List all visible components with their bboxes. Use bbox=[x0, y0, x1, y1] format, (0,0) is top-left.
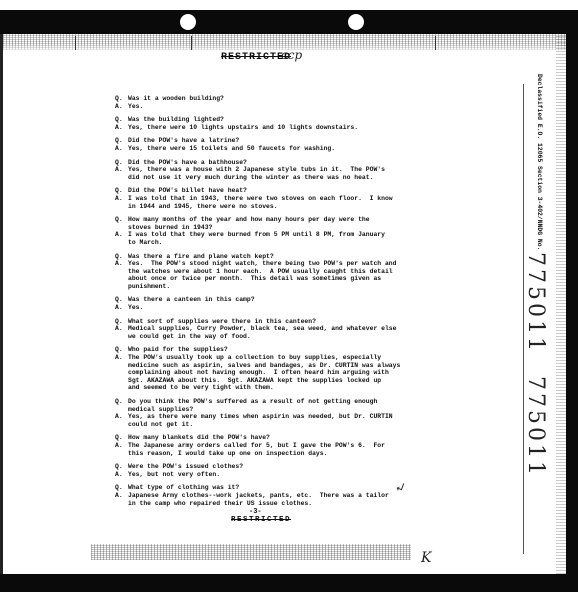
answer-marker bbox=[115, 369, 128, 377]
qa-entry: Q.Was the building lighted?A.Yes, there … bbox=[115, 116, 415, 131]
question-text: Did the POW's have a bathhouse? bbox=[128, 159, 415, 167]
answer-text: Yes, but not very often. bbox=[128, 471, 415, 479]
question-marker: Q. bbox=[115, 216, 128, 224]
answer-marker: A. bbox=[115, 124, 128, 132]
answer-line: in 1944 and 1945, there were no stoves. bbox=[115, 203, 415, 211]
question-marker: Q. bbox=[115, 398, 128, 406]
question-line: Q.Do you think the POW's suffered as a r… bbox=[115, 398, 415, 406]
answer-line: about once or twice per month. This deta… bbox=[115, 275, 415, 283]
question-text: How many blankets did the POW's have? bbox=[128, 434, 415, 442]
qa-entry: Q.Was it a wooden building?A.Yes. bbox=[115, 95, 415, 110]
answer-text: Medical supplies, Curry Powder, black te… bbox=[128, 325, 415, 333]
answer-line: in the camp who repaired their US issue … bbox=[115, 500, 415, 508]
answer-marker: A. bbox=[115, 325, 128, 333]
answer-text: The POW's usually took up a collection t… bbox=[128, 354, 415, 362]
answer-marker bbox=[115, 268, 128, 276]
question-marker: Q. bbox=[115, 296, 128, 304]
question-line: Q.Who paid for the supplies? bbox=[115, 346, 415, 354]
answer-text: could not get it. bbox=[128, 421, 415, 429]
qa-entry: Q.Did the POW's have a bathhouse?A.Yes, … bbox=[115, 159, 415, 182]
question-text: Did the POW's billet have heat? bbox=[128, 187, 415, 195]
scan-noise-bottom bbox=[91, 544, 411, 560]
qa-entry: Q.What sort of supplies were there in th… bbox=[115, 318, 415, 341]
answer-text: and seemed to be very tight with them. bbox=[128, 384, 415, 392]
answer-line: A.Yes, there were 10 lights upstairs and… bbox=[115, 124, 415, 132]
answer-line: A.Yes, but not very often. bbox=[115, 471, 415, 479]
answer-marker: A. bbox=[115, 492, 128, 500]
answer-text: in 1944 and 1945, there were no stoves. bbox=[128, 203, 415, 211]
question-line: Q.What type of clothing was it? bbox=[115, 484, 415, 492]
answer-marker bbox=[115, 275, 128, 283]
answer-text: medicine such as aspirin, salves and ban… bbox=[128, 362, 415, 370]
answer-line: to March. bbox=[115, 239, 415, 247]
answer-line: complaining about not having enough. I o… bbox=[115, 369, 415, 377]
answer-text: the watches were about 1 hour each. A PO… bbox=[128, 268, 415, 276]
answer-line: A.Yes, as there were many times when asp… bbox=[115, 413, 415, 421]
answer-text: we could get in the way of food. bbox=[128, 333, 415, 341]
question-text: medical supplies? bbox=[128, 406, 415, 414]
answer-line: did not use it very much during the wint… bbox=[115, 174, 415, 182]
answer-line: A.Yes. bbox=[115, 304, 415, 312]
question-line: Q.Was the building lighted? bbox=[115, 116, 415, 124]
answer-line: A.Yes, there was a house with 2 Japanese… bbox=[115, 166, 415, 174]
fold-line bbox=[435, 36, 436, 50]
answer-text: Yes, there was a house with 2 Japanese s… bbox=[128, 166, 415, 174]
answer-marker: A. bbox=[115, 103, 128, 111]
answer-text: Japanese Army clothes--work jackets, pan… bbox=[128, 492, 415, 500]
answer-marker bbox=[115, 421, 128, 429]
document-page: RESTRICTED ccp Q.Was it a wooden buildin… bbox=[3, 34, 566, 574]
answer-marker: A. bbox=[115, 166, 128, 174]
punch-hole-right bbox=[348, 14, 364, 30]
qa-entry: Q.What type of clothing was it?A.Japanes… bbox=[115, 484, 415, 507]
answer-marker bbox=[115, 239, 128, 247]
answer-marker bbox=[115, 377, 128, 385]
answer-text: Yes. The POW's stood night watch, there … bbox=[128, 260, 415, 268]
answer-marker bbox=[115, 333, 128, 341]
scan-border-right bbox=[566, 10, 578, 580]
qa-entry: Q.How many months of the year and how ma… bbox=[115, 216, 415, 246]
question-text: How many months of the year and how many… bbox=[128, 216, 415, 224]
answer-marker: A. bbox=[115, 442, 128, 450]
page-number: -3- bbox=[249, 508, 262, 516]
question-text: stoves burned in 1943? bbox=[128, 224, 415, 232]
question-marker bbox=[115, 406, 128, 414]
question-marker: Q. bbox=[115, 95, 128, 103]
answer-marker bbox=[115, 203, 128, 211]
question-line: Q.Was it a wooden building? bbox=[115, 95, 415, 103]
answer-marker bbox=[115, 384, 128, 392]
footer-classification-stamp: RESTRICTED bbox=[231, 516, 291, 524]
answer-marker: A. bbox=[115, 354, 128, 362]
answer-text: did not use it very much during the wint… bbox=[128, 174, 415, 182]
answer-text: Yes. bbox=[128, 304, 415, 312]
qa-entry: Q.Was there a canteen in this camp?A.Yes… bbox=[115, 296, 415, 311]
answer-line: this reason, I would take up one on insp… bbox=[115, 450, 415, 458]
answer-line: could not get it. bbox=[115, 421, 415, 429]
question-line: Q.What sort of supplies were there in th… bbox=[115, 318, 415, 326]
question-marker: Q. bbox=[115, 434, 128, 442]
question-line: stoves burned in 1943? bbox=[115, 224, 415, 232]
answer-marker bbox=[115, 500, 128, 508]
question-line: Q.Was there a fire and plane watch kept? bbox=[115, 253, 415, 261]
question-marker: Q. bbox=[115, 159, 128, 167]
answer-text: punishment. bbox=[128, 283, 415, 291]
answer-marker bbox=[115, 362, 128, 370]
answer-line: A.Yes, there were 15 toilets and 50 fauc… bbox=[115, 145, 415, 153]
question-text: What type of clothing was it? bbox=[128, 484, 415, 492]
answer-marker bbox=[115, 174, 128, 182]
handwritten-archive-number: 775011 bbox=[523, 376, 548, 478]
answer-text: to March. bbox=[128, 239, 415, 247]
question-text: Was the building lighted? bbox=[128, 116, 415, 124]
answer-text: complaining about not having enough. I o… bbox=[128, 369, 415, 377]
answer-text: I was told that they were burned from 5 … bbox=[128, 231, 415, 239]
answer-marker: A. bbox=[115, 260, 128, 268]
question-text: Who paid for the supplies? bbox=[128, 346, 415, 354]
qa-entry: Q.Did the POW's have a latrine?A.Yes, th… bbox=[115, 137, 415, 152]
handwritten-mark: K bbox=[421, 550, 431, 566]
answer-marker bbox=[115, 283, 128, 291]
answer-text: about once or twice per month. This deta… bbox=[128, 275, 415, 283]
answer-line: A.I was told that they were burned from … bbox=[115, 231, 415, 239]
question-marker: Q. bbox=[115, 318, 128, 326]
question-text: Was there a fire and plane watch kept? bbox=[128, 253, 415, 261]
question-line: medical supplies? bbox=[115, 406, 415, 414]
scan-border-top bbox=[0, 10, 578, 36]
answer-marker: A. bbox=[115, 195, 128, 203]
interrogation-transcript: Q.Was it a wooden building?A.Yes.Q.Was t… bbox=[115, 95, 415, 513]
answer-text: Sgt. AKAZAWA about this. Sgt. AKAZAWA ke… bbox=[128, 377, 415, 385]
qa-entry: Q.Did the POW's billet have heat?A.I was… bbox=[115, 187, 415, 210]
answer-line: A.The Japanese army orders called for 5,… bbox=[115, 442, 415, 450]
answer-line: A.I was told that in 1943, there were tw… bbox=[115, 195, 415, 203]
question-marker: Q. bbox=[115, 346, 128, 354]
answer-text: Yes, there were 15 toilets and 50 faucet… bbox=[128, 145, 415, 153]
answer-line: punishment. bbox=[115, 283, 415, 291]
answer-line: Sgt. AKAZAWA about this. Sgt. AKAZAWA ke… bbox=[115, 377, 415, 385]
question-line: Q.Did the POW's have a bathhouse? bbox=[115, 159, 415, 167]
answer-line: medicine such as aspirin, salves and ban… bbox=[115, 362, 415, 370]
answer-text: I was told that in 1943, there were two … bbox=[128, 195, 415, 203]
question-marker: Q. bbox=[115, 116, 128, 124]
answer-text: this reason, I would take up one on insp… bbox=[128, 450, 415, 458]
question-line: Q.Was there a canteen in this camp? bbox=[115, 296, 415, 304]
answer-marker bbox=[115, 450, 128, 458]
answer-marker: A. bbox=[115, 145, 128, 153]
answer-line: A.The POW's usually took up a collection… bbox=[115, 354, 415, 362]
qa-entry: Q.How many blankets did the POW's have?A… bbox=[115, 434, 415, 457]
question-text: Was it a wooden building? bbox=[128, 95, 415, 103]
question-text: Did the POW's have a latrine? bbox=[128, 137, 415, 145]
question-marker: Q. bbox=[115, 137, 128, 145]
answer-line: we could get in the way of food. bbox=[115, 333, 415, 341]
answer-line: A.Medical supplies, Curry Powder, black … bbox=[115, 325, 415, 333]
question-line: Q.Were the POW's issued clothes? bbox=[115, 463, 415, 471]
qa-entry: Q.Who paid for the supplies?A.The POW's … bbox=[115, 346, 415, 392]
answer-marker: A. bbox=[115, 231, 128, 239]
answer-line: and seemed to be very tight with them. bbox=[115, 384, 415, 392]
answer-marker: A. bbox=[115, 304, 128, 312]
answer-line: the watches were about 1 hour each. A PO… bbox=[115, 268, 415, 276]
answer-text: Yes. bbox=[128, 103, 415, 111]
scan-noise-right bbox=[556, 34, 566, 574]
answer-text: The Japanese army orders called for 5, b… bbox=[128, 442, 415, 450]
answer-text: in the camp who repaired their US issue … bbox=[128, 500, 415, 508]
qa-entry: Q.Was there a fire and plane watch kept?… bbox=[115, 253, 415, 291]
answer-line: A.Japanese Army clothes--work jackets, p… bbox=[115, 492, 415, 500]
question-marker: Q. bbox=[115, 253, 128, 261]
answer-text: Yes, as there were many times when aspir… bbox=[128, 413, 415, 421]
question-text: Was there a canteen in this camp? bbox=[128, 296, 415, 304]
qa-entry: Q.Do you think the POW's suffered as a r… bbox=[115, 398, 415, 428]
question-text: Were the POW's issued clothes? bbox=[128, 463, 415, 471]
answer-line: A.Yes. bbox=[115, 103, 415, 111]
header-handwritten-initials: ccp bbox=[281, 48, 302, 62]
fold-line bbox=[191, 36, 192, 50]
handwritten-archive-number: 775011 bbox=[523, 252, 548, 354]
answer-marker: A. bbox=[115, 413, 128, 421]
question-line: Q.How many blankets did the POW's have? bbox=[115, 434, 415, 442]
question-marker bbox=[115, 224, 128, 232]
question-marker: Q. bbox=[115, 187, 128, 195]
scan-margin-bottom bbox=[0, 592, 578, 599]
question-text: Do you think the POW's suffered as a res… bbox=[128, 398, 415, 406]
question-line: Q.Did the POW's have a latrine? bbox=[115, 137, 415, 145]
question-marker: Q. bbox=[115, 484, 128, 492]
question-line: Q.Did the POW's billet have heat? bbox=[115, 187, 415, 195]
declassification-stamp: Declassified E.O. 12065 Section 3-402/NN… bbox=[536, 74, 543, 250]
question-text: What sort of supplies were there in this… bbox=[128, 318, 415, 326]
qa-entry: Q.Were the POW's issued clothes?A.Yes, b… bbox=[115, 463, 415, 478]
question-marker: Q. bbox=[115, 463, 128, 471]
question-line: Q.How many months of the year and how ma… bbox=[115, 216, 415, 224]
answer-marker: A. bbox=[115, 471, 128, 479]
answer-line: A.Yes. The POW's stood night watch, ther… bbox=[115, 260, 415, 268]
answer-text: Yes, there were 10 lights upstairs and 1… bbox=[128, 124, 415, 132]
fold-line bbox=[75, 36, 76, 50]
punch-hole-left bbox=[180, 14, 196, 30]
